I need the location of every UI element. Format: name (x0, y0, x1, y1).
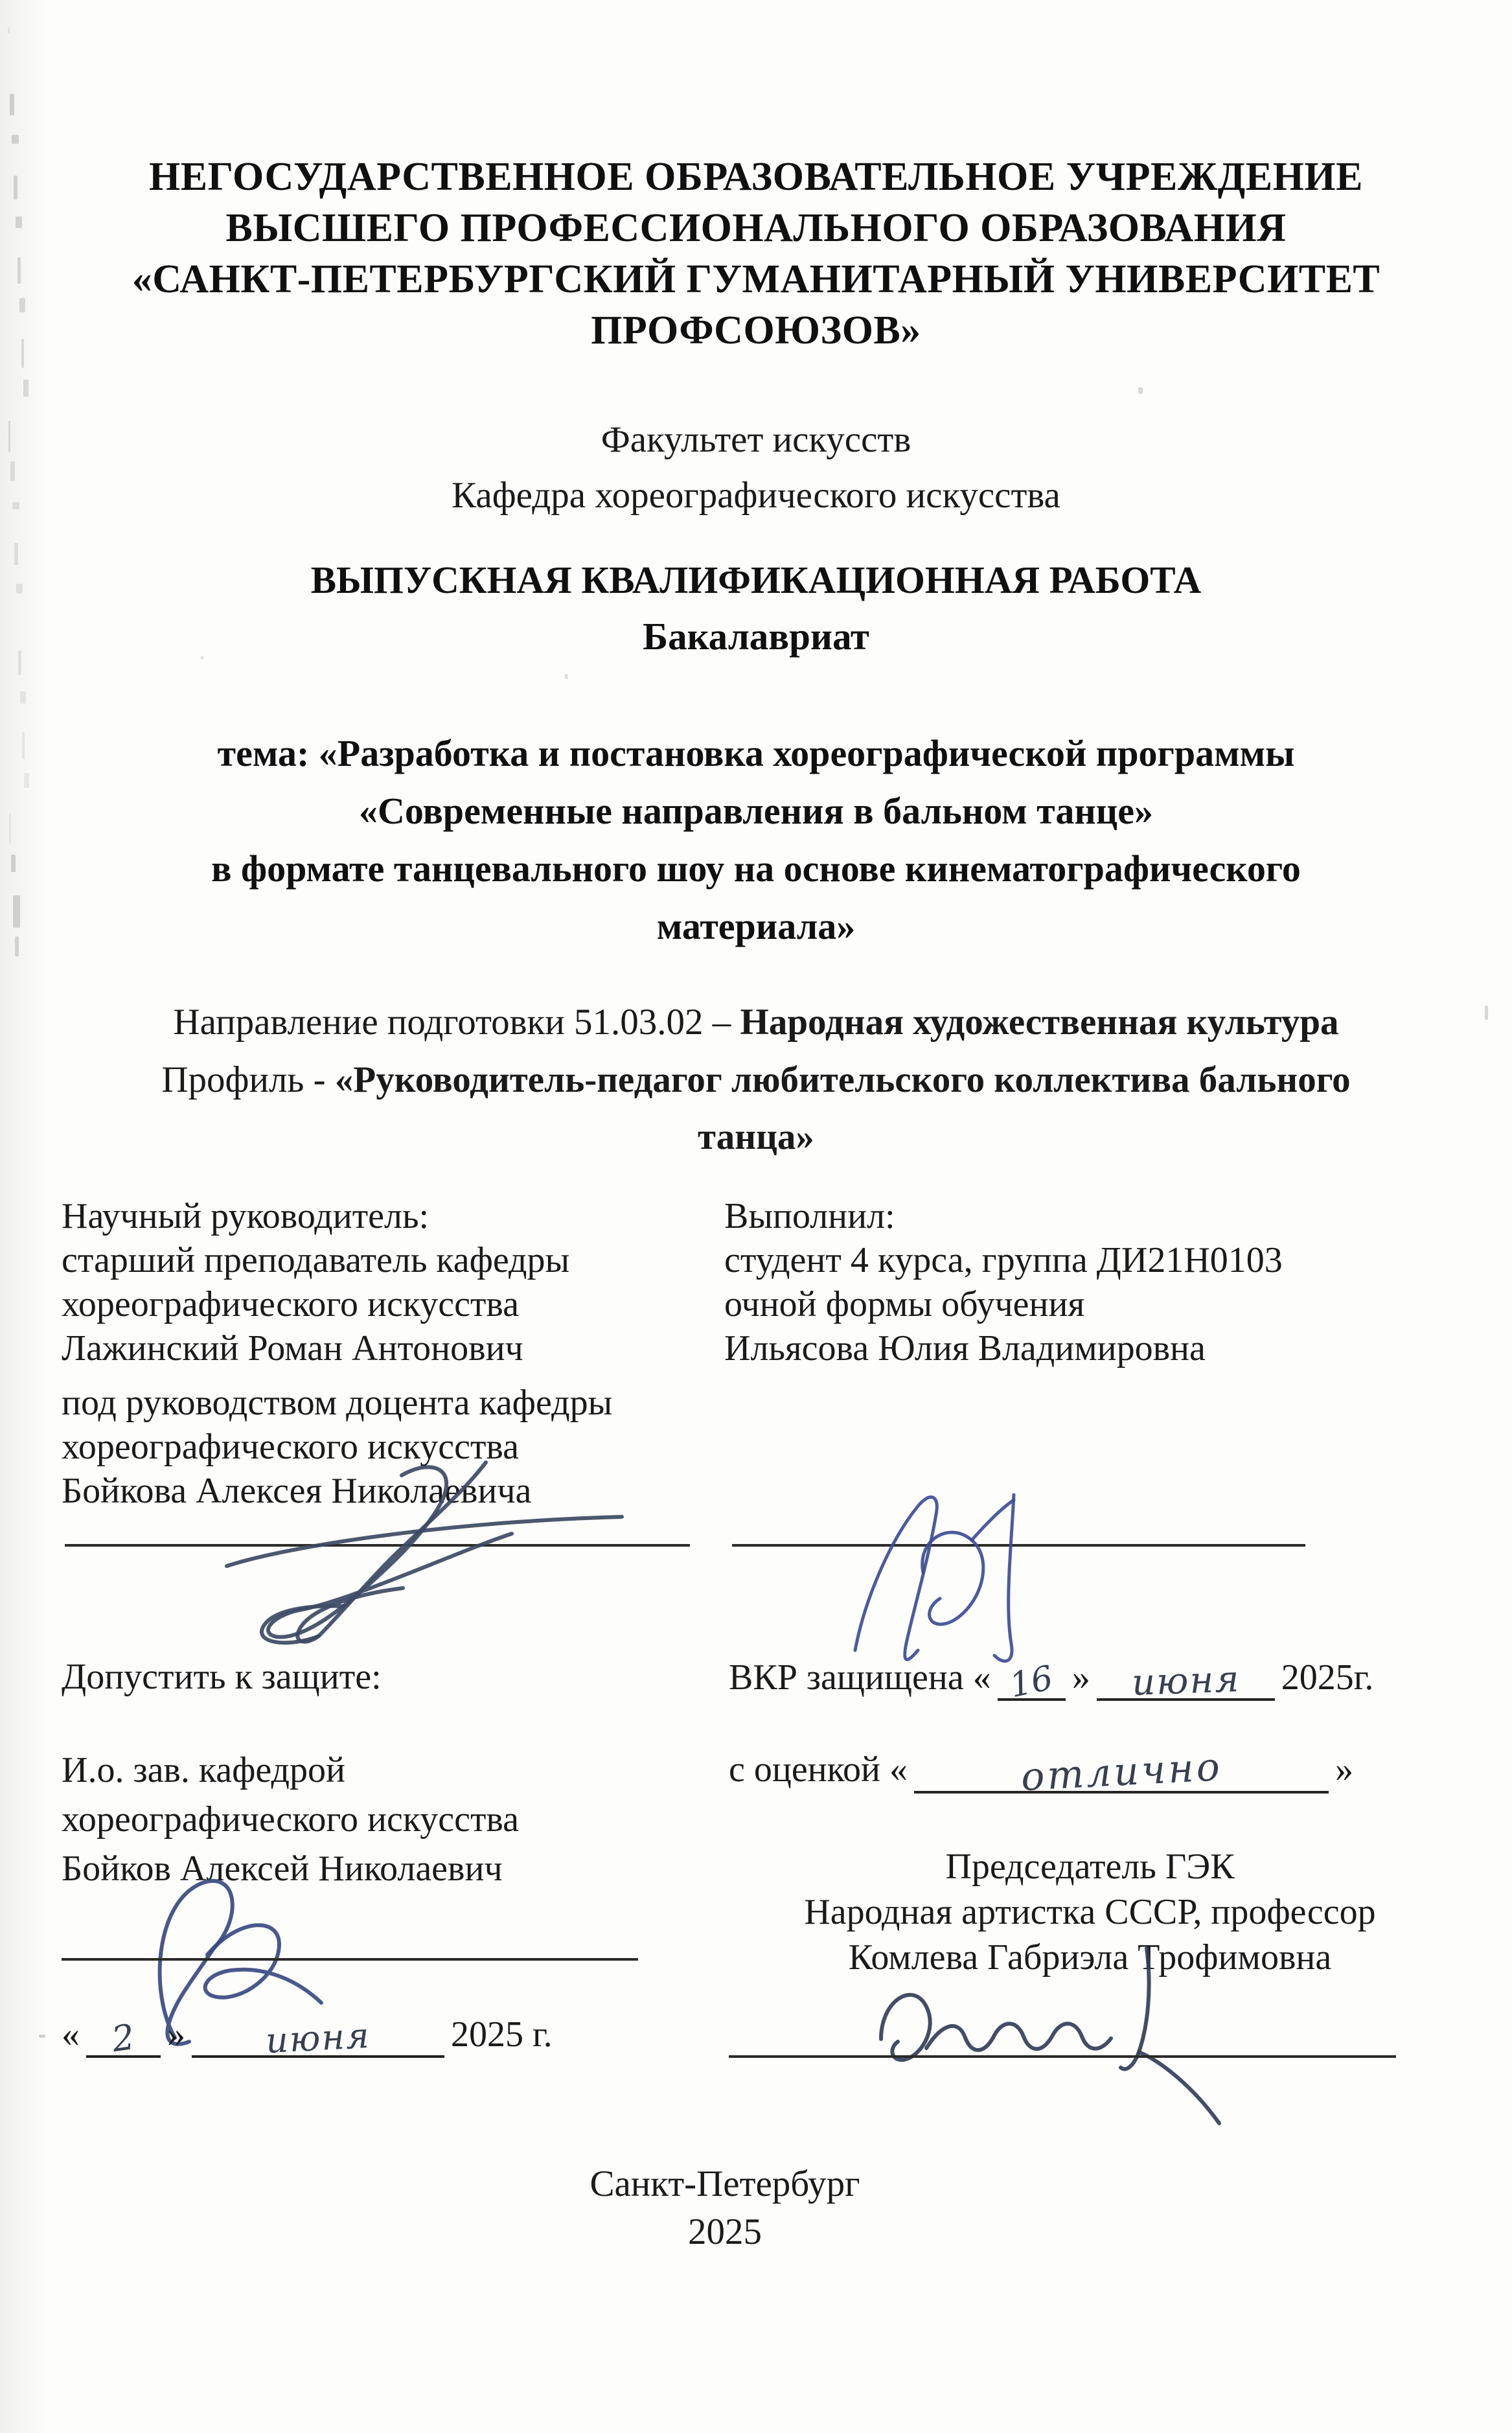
dept-head-signature-line (62, 1958, 638, 1961)
scan-speck (10, 461, 15, 481)
footer-city: Санкт-Петербург (0, 2163, 1450, 2205)
defense-day-blank: 16 (998, 1657, 1066, 1701)
faculty-name: Факультет искусств (45, 412, 1467, 468)
footer-year: 2025 (0, 2211, 1450, 2253)
dept-head-line: И.о. зав. кафедрой (62, 1746, 519, 1795)
admit-label: Допустить к защите: (62, 1656, 382, 1698)
scan-speck (8, 27, 10, 34)
date-open-quote: « (62, 2014, 80, 2055)
handwritten-day: 2 (109, 2016, 137, 2060)
institution-line: «САНКТ-ПЕТЕРБУРГСКИЙ ГУМАНИТАРНЫЙ УНИВЕР… (45, 254, 1467, 305)
program-name: Народная художественная культура (740, 1002, 1339, 1043)
scan-speck (10, 94, 14, 115)
grade-close-quote: » (1335, 1749, 1353, 1790)
theme-line: «Современные направления в бальном танце… (45, 782, 1467, 840)
co-advisor-line: под руководством доцента кафедры (62, 1381, 719, 1425)
date-month-blank: июня (192, 2014, 444, 2058)
profile-line-2: танца» (45, 1116, 1467, 1158)
scan-speck (11, 855, 16, 872)
defense-prefix: ВКР защищена « (729, 1657, 991, 1698)
profile-name: «Руководитель-педагог любительского колл… (335, 1059, 1351, 1100)
theme-block: тема: «Разработка и постановка хореограф… (45, 724, 1467, 955)
grade-line: с оценкой « отлично » (729, 1746, 1353, 1793)
scan-speck (12, 502, 19, 509)
student-line: студент 4 курса, группа ДИ21Н0103 (724, 1238, 1472, 1282)
student-line: Ильясова Юлия Владимировна (724, 1326, 1472, 1370)
date-year: 2025 г. (451, 2014, 553, 2055)
handwritten-day: 16 (1007, 1659, 1057, 1705)
committee-chair-title: Председатель ГЭК (729, 1844, 1451, 1889)
defense-close-quote: » (1072, 1657, 1090, 1698)
scan-speck (39, 2035, 45, 2038)
committee-chair-signature-line (729, 2055, 1396, 2058)
degree-level: Бакалавриат (45, 608, 1467, 665)
program-line: Направление подготовки 51.03.02 – Народн… (45, 1001, 1467, 1043)
handwritten-month: июня (265, 2015, 372, 2061)
scan-speck (13, 895, 20, 928)
date-day-blank: 2 (86, 2014, 161, 2058)
program-prefix: Направление подготовки 51.03.02 – (173, 1002, 740, 1043)
advisor-label: Научный руководитель: (62, 1194, 719, 1238)
handwritten-grade: отлично (1020, 1744, 1223, 1800)
scan-speck (21, 339, 24, 368)
institution-line: НЕГОСУДАРСТВЕННОЕ ОБРАЗОВАТЕЛЬНОЕ УЧРЕЖД… (45, 152, 1467, 203)
advisor-line: старший преподаватель кафедры (62, 1238, 719, 1282)
defense-month-blank: июня (1097, 1656, 1275, 1701)
scan-speck (17, 257, 21, 284)
work-title-block: ВЫПУСКНАЯ КВАЛИФИКАЦИОННАЯ РАБОТА Бакала… (45, 552, 1467, 665)
department-name: Кафедра хореографического искусства (45, 468, 1467, 524)
dept-head-line: хореографического искусства (62, 1795, 519, 1844)
advisor-line: хореографического искусства (62, 1282, 719, 1326)
handwritten-month: июня (1130, 1658, 1241, 1704)
student-block: Выполнил: студент 4 курса, группа ДИ21Н0… (724, 1194, 1472, 1370)
theme-line: тема: «Разработка и постановка хореограф… (45, 724, 1467, 782)
scan-speck (24, 773, 29, 788)
scan-speck (19, 298, 25, 312)
scan-speck (14, 176, 17, 200)
work-title: ВЫПУСКНАЯ КВАЛИФИКАЦИОННАЯ РАБОТА (45, 552, 1467, 608)
scan-speck (16, 584, 23, 594)
scan-speck (14, 543, 18, 565)
scan-speck (16, 216, 22, 228)
scan-speck (20, 691, 26, 704)
thesis-title-page: НЕГОСУДАРСТВЕННОЕ ОБРАЗОВАТЕЛЬНОЕ УЧРЕЖД… (0, 0, 1512, 2433)
scan-speck (8, 421, 10, 452)
defense-date-line: ВКР защищена « 16 » июня 2025г. (729, 1656, 1373, 1701)
institution-line: ВЫСШЕГО ПРОФЕССИОНАЛЬНОГО ОБРАЗОВАНИЯ (45, 203, 1467, 254)
grade-blank: отлично (914, 1746, 1329, 1793)
institution-header: НЕГОСУДАРСТВЕННОЕ ОБРАЗОВАТЕЛЬНОЕ УЧРЕЖД… (45, 152, 1467, 356)
profile-line: Профиль - «Руководитель-педагог любитель… (45, 1059, 1467, 1101)
profile-prefix: Профиль - (161, 1059, 335, 1100)
student-signature-image (819, 1481, 1066, 1668)
student-label: Выполнил: (724, 1194, 1472, 1238)
advisor-line: Лажинский Роман Антонович (62, 1326, 719, 1370)
theme-line: в формате танцевального шоу на основе ки… (45, 840, 1467, 897)
scan-speck (1138, 387, 1143, 394)
committee-chair-signature-image (842, 1934, 1244, 2128)
faculty-block: Факультет искусств Кафедра хореографичес… (45, 412, 1467, 524)
date-close-quote: » (167, 2014, 185, 2055)
scan-speck (15, 936, 19, 956)
scan-speck (565, 674, 568, 679)
theme-line: материала» (45, 897, 1467, 955)
scan-speck (23, 380, 29, 397)
scan-speck (1485, 1006, 1488, 1020)
committee-chair-honors: Народная артистка СССР, профессор (729, 1889, 1451, 1935)
student-line: очной формы обучения (724, 1282, 1472, 1326)
admission-date-line: « 2 » июня 2025 г. (62, 2014, 553, 2058)
advisor-signature-image (207, 1455, 635, 1649)
scan-speck (12, 135, 19, 144)
scan-speck (9, 814, 11, 844)
grade-prefix: с оценкой « (729, 1749, 908, 1790)
scan-speck (18, 651, 21, 675)
scan-speck (22, 732, 25, 759)
defense-year: 2025г. (1281, 1657, 1374, 1698)
institution-line: ПРОФСОЮЗОВ» (45, 305, 1467, 356)
